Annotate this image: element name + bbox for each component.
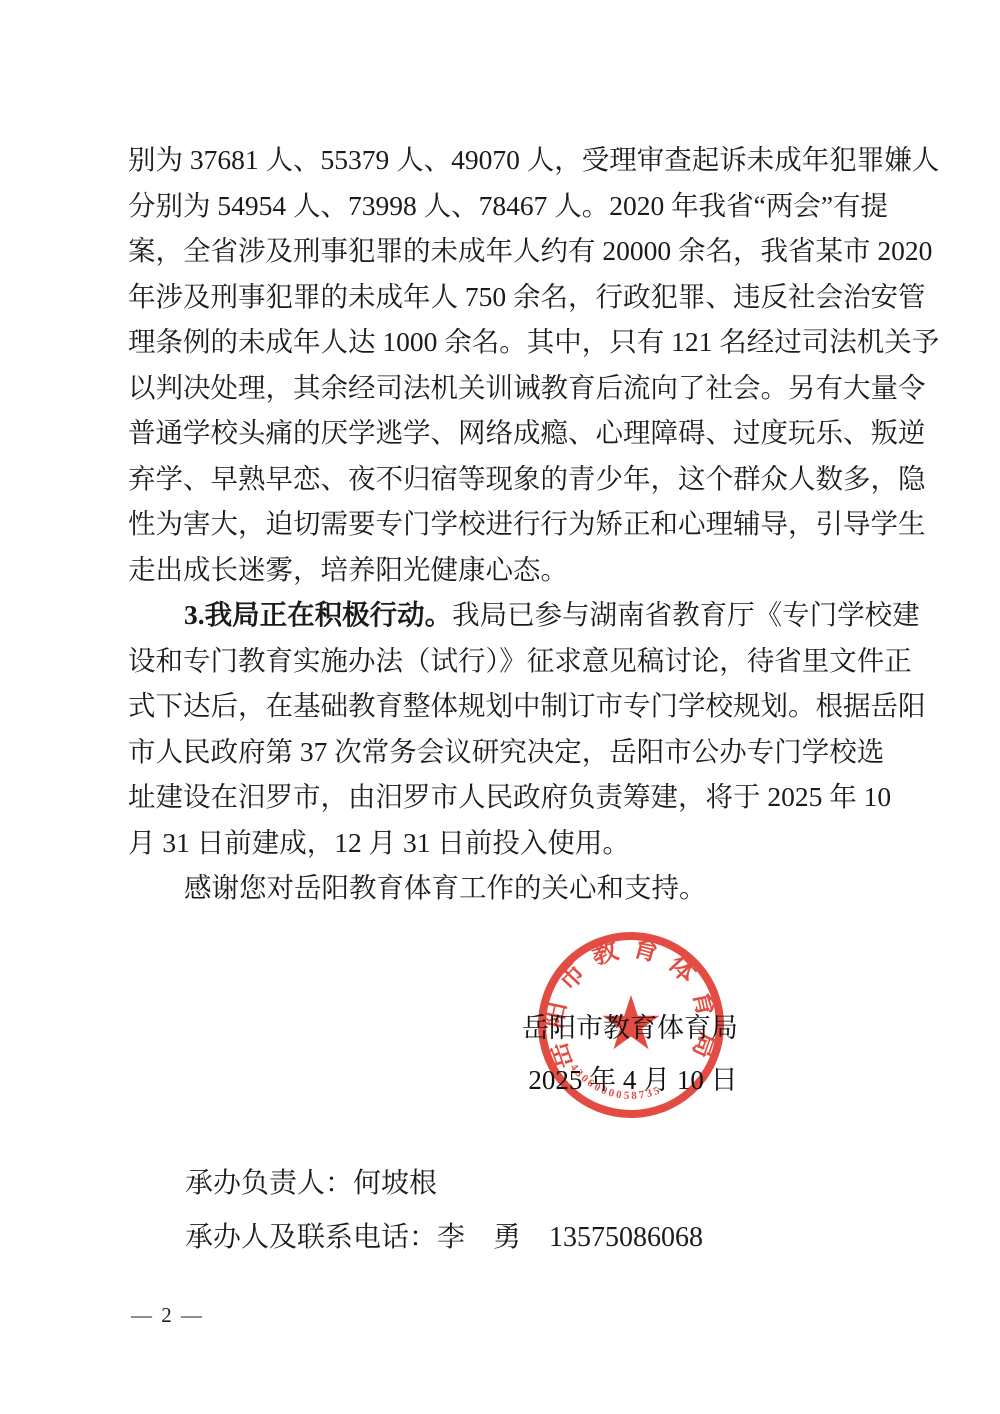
text-line: 式下达后，在基础教育整体规划中制订市专门学校规划。根据岳阳 [128,683,890,729]
contact-manager-line: 承办负责人：何坡根 [185,1157,703,1211]
text-line: 分别为 54954 人、73998 人、78467 人。2020 年我省“两会”… [128,183,890,229]
text-line: 普通学校头痛的厌学逃学、网络成瘾、心理障碍、过度玩乐、叛逆 [128,410,890,456]
text-line: 市人民政府第 37 次常务会议研究决定，岳阳市公办专门学校选 [128,729,890,775]
text-line: 性为害大，迫切需要专门学校进行行为矫正和心理辅导，引导学生 [128,501,890,547]
text-line: 以判决处理，其余经司法机关训诫教育后流向了社会。另有大量令 [128,365,890,411]
paragraph-1: 别为 37681 人、55379 人、49070 人，受理审查起诉未成年犯罪嫌人… [128,137,890,592]
text-line: 址建设在汨罗市，由汨罗市人民政府负责筹建，将于 2025 年 10 [128,774,890,820]
contact-handler-line: 承办人及联系电话：李 勇 13575086068 [185,1211,703,1265]
contact-block: 承办负责人：何坡根 承办人及联系电话：李 勇 13575086068 [185,1157,703,1265]
signature-organization: 岳阳市教育体育局 [522,1006,738,1045]
text-line: 设和专门教育实施办法（试行）》征求意见稿讨论，待省里文件正 [128,638,890,684]
text-line: 年涉及刑事犯罪的未成年人 750 余名，行政犯罪、违反社会治安管 [128,274,890,320]
text-line: 月 31 日前建成，12 月 31 日前投入使用。 [128,820,890,866]
page-number: — 2 — [131,1303,204,1328]
text-line: 理条例的未成年人达 1000 余名。其中，只有 121 名经过司法机关予 [128,319,890,365]
document-page: 别为 37681 人、55379 人、49070 人，受理审查起诉未成年犯罪嫌人… [0,0,1000,1414]
paragraph-2-heading: 3.我局正在积极行动。 [184,599,452,630]
paragraph-2: 设和专门教育实施办法（试行）》征求意见稿讨论，待省里文件正式下达后，在基础教育整… [128,638,890,866]
signature-date: 2025 年 4 月 10 日 [528,1058,737,1097]
text-line: 别为 37681 人、55379 人、49070 人，受理审查起诉未成年犯罪嫌人 [128,137,890,183]
text-line: 案，全省涉及刑事犯罪的未成年人约有 20000 余名，我省某市 2020 [128,228,890,274]
text-line: 弃学、早熟早恋、夜不归宿等现象的青少年，这个群众人数多，隐 [128,456,890,502]
document-body: 别为 37681 人、55379 人、49070 人，受理审查起诉未成年犯罪嫌人… [128,137,890,911]
text-line: 走出成长迷雾，培养阳光健康心态。 [128,547,890,593]
paragraph-2-lead-line: 3.我局正在积极行动。我局已参与湖南省教育厅《专门学校建 [128,592,890,638]
paragraph-3-line: 感谢您对岳阳教育体育工作的关心和支持。 [128,865,890,911]
paragraph-2-lead-rest: 我局已参与湖南省教育厅《专门学校建 [452,599,920,630]
